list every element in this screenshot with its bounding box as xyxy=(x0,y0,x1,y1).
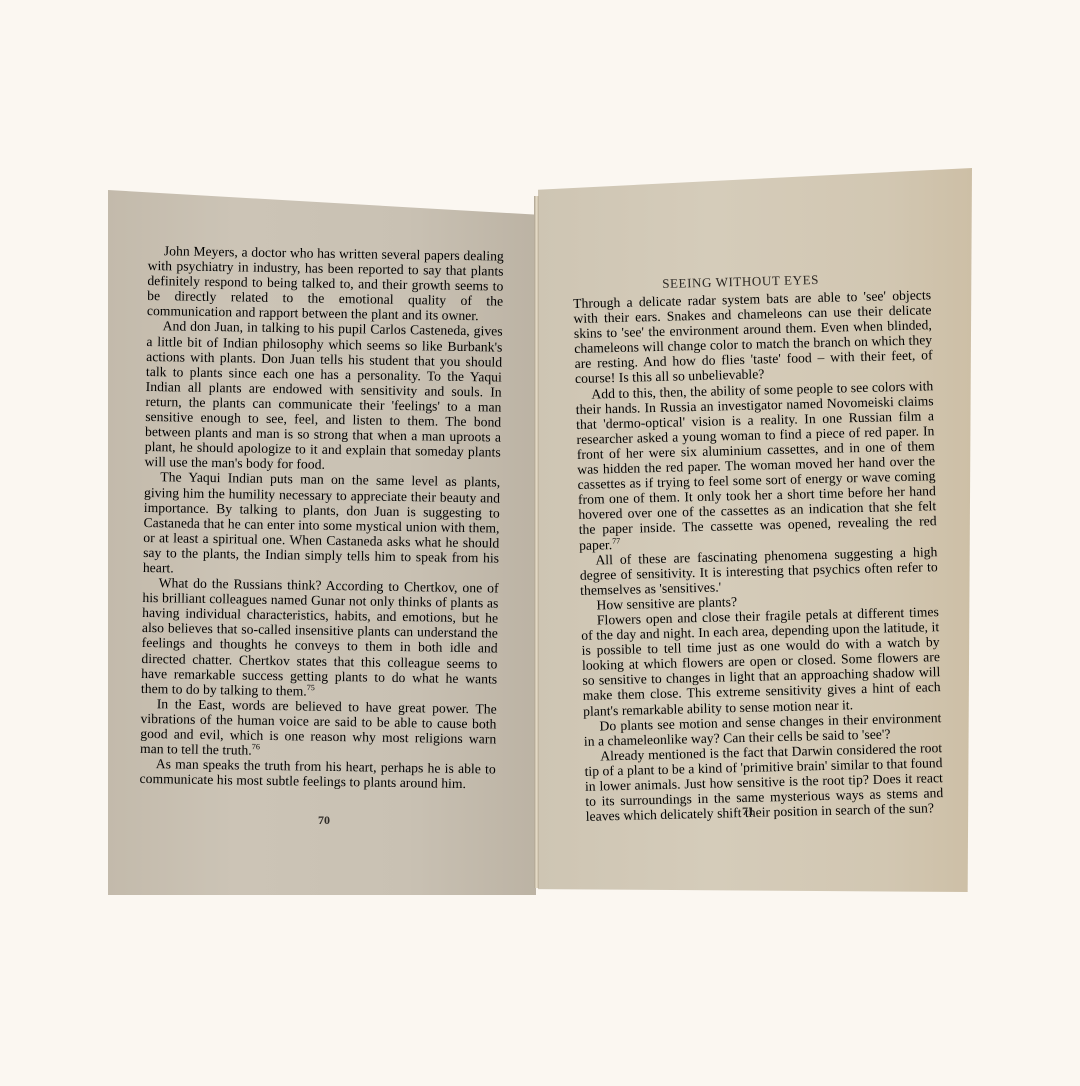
paragraph: And don Juan, in talking to his pupil Ca… xyxy=(144,318,502,475)
paragraph: Flowers open and close their fragile pet… xyxy=(581,604,941,718)
paragraph: The Yaqui Indian puts man on the same le… xyxy=(143,469,501,580)
footnote-marker: 75 xyxy=(307,683,315,692)
page-number-right: 71 xyxy=(742,804,754,819)
paragraph: Add to this, then, the ability of some p… xyxy=(575,378,937,553)
page-number-left: 70 xyxy=(318,813,330,828)
footnote-marker: 77 xyxy=(612,536,620,545)
paragraph: As man speaks the truth from his heart, … xyxy=(139,756,495,792)
footnote-marker: 76 xyxy=(252,742,260,751)
paragraph: Already mentioned is the fact that Darwi… xyxy=(584,740,944,824)
paragraph: In the East, words are believed to have … xyxy=(140,696,497,762)
right-page-body: Through a delicate radar system bats are… xyxy=(573,287,944,824)
paragraph: What do the Russians think? According to… xyxy=(141,575,499,701)
paragraph: Through a delicate radar system bats are… xyxy=(573,287,933,386)
paragraph: John Meyers, a doctor who has written se… xyxy=(147,243,504,324)
left-page-body: John Meyers, a doctor who has written se… xyxy=(139,243,503,792)
book-spine xyxy=(534,196,539,888)
